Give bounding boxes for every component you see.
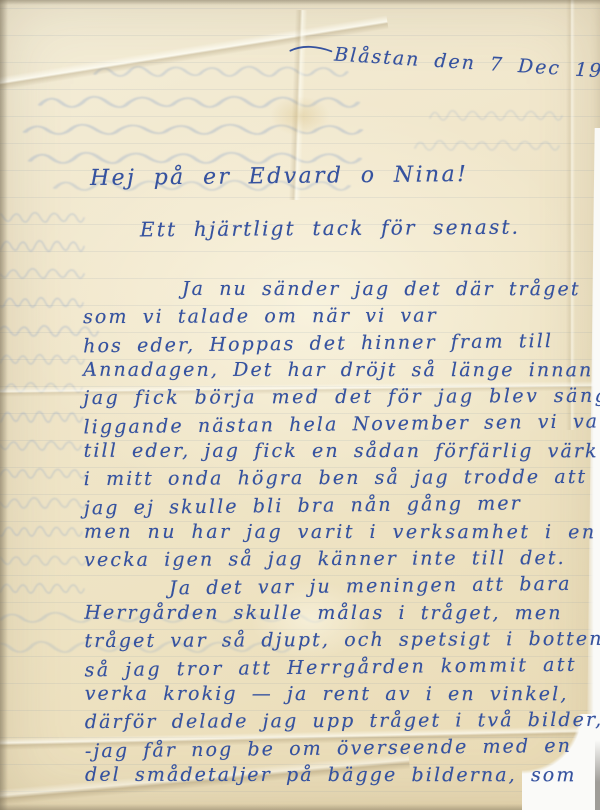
letter-line: Annadagen, Det har dröjt så länge innan [83, 357, 583, 384]
letter-line: hos eder, Hoppas det hinner fram till [83, 328, 583, 361]
letter-line: i mitt onda högra ben så jag trodde att [84, 464, 584, 493]
letter-line: därför delade jag upp tråget i två bilde… [85, 707, 585, 736]
paper-edge-top [0, 0, 600, 5]
letter-line: del smådetaljer på bägge bilderna, som [85, 762, 585, 789]
greeting-line: Hej på er Edvard o Nina! [90, 162, 469, 191]
scanned-letter-page: Blåstan den 7 Dec 1954 Hej på er Edvard … [0, 0, 600, 810]
paper-edge-bottom [0, 804, 600, 810]
letter-line: till eder, jag fick en sådan förfärlig v… [84, 438, 584, 465]
letter-line: jag fick börja med det för jag blev säng… [83, 383, 583, 412]
letter-line: Ja det var ju meningen att bara [84, 571, 584, 604]
letter-line: men nu har jag varit i verksamhet i en [84, 519, 584, 546]
opening-line: Ett hjärtligt tack för senast. [140, 215, 520, 242]
letter-body: Ja nu sänder jag det där trågetsom vi ta… [83, 275, 585, 790]
letter-line: Ja nu sänder jag det där tråget [83, 276, 583, 303]
letter-line: Herrgården skulle målas i tråget, men [84, 600, 584, 627]
letter-line: liggande nästan hela November sen vi var [83, 409, 583, 442]
letter-line: verka krokig — ja rent av i en vinkel, [85, 681, 585, 708]
paper-edge-left [0, 0, 8, 810]
letter-line: så jag tror att Herrgården kommit att [84, 652, 584, 685]
letter-line: -jag får nog be om överseende med en [85, 733, 585, 766]
letter-line: vecka igen så jag känner inte till det. [84, 545, 584, 574]
letter-line: som vi talade om när vi var [83, 302, 583, 331]
letter-line: tråget var så djupt, och spetsigt i bott… [84, 626, 584, 655]
scanner-edge-shadow [595, 740, 600, 810]
pen-flourish-icon [288, 42, 333, 57]
letter-line: jag ej skulle bli bra nån gång mer [84, 490, 584, 523]
